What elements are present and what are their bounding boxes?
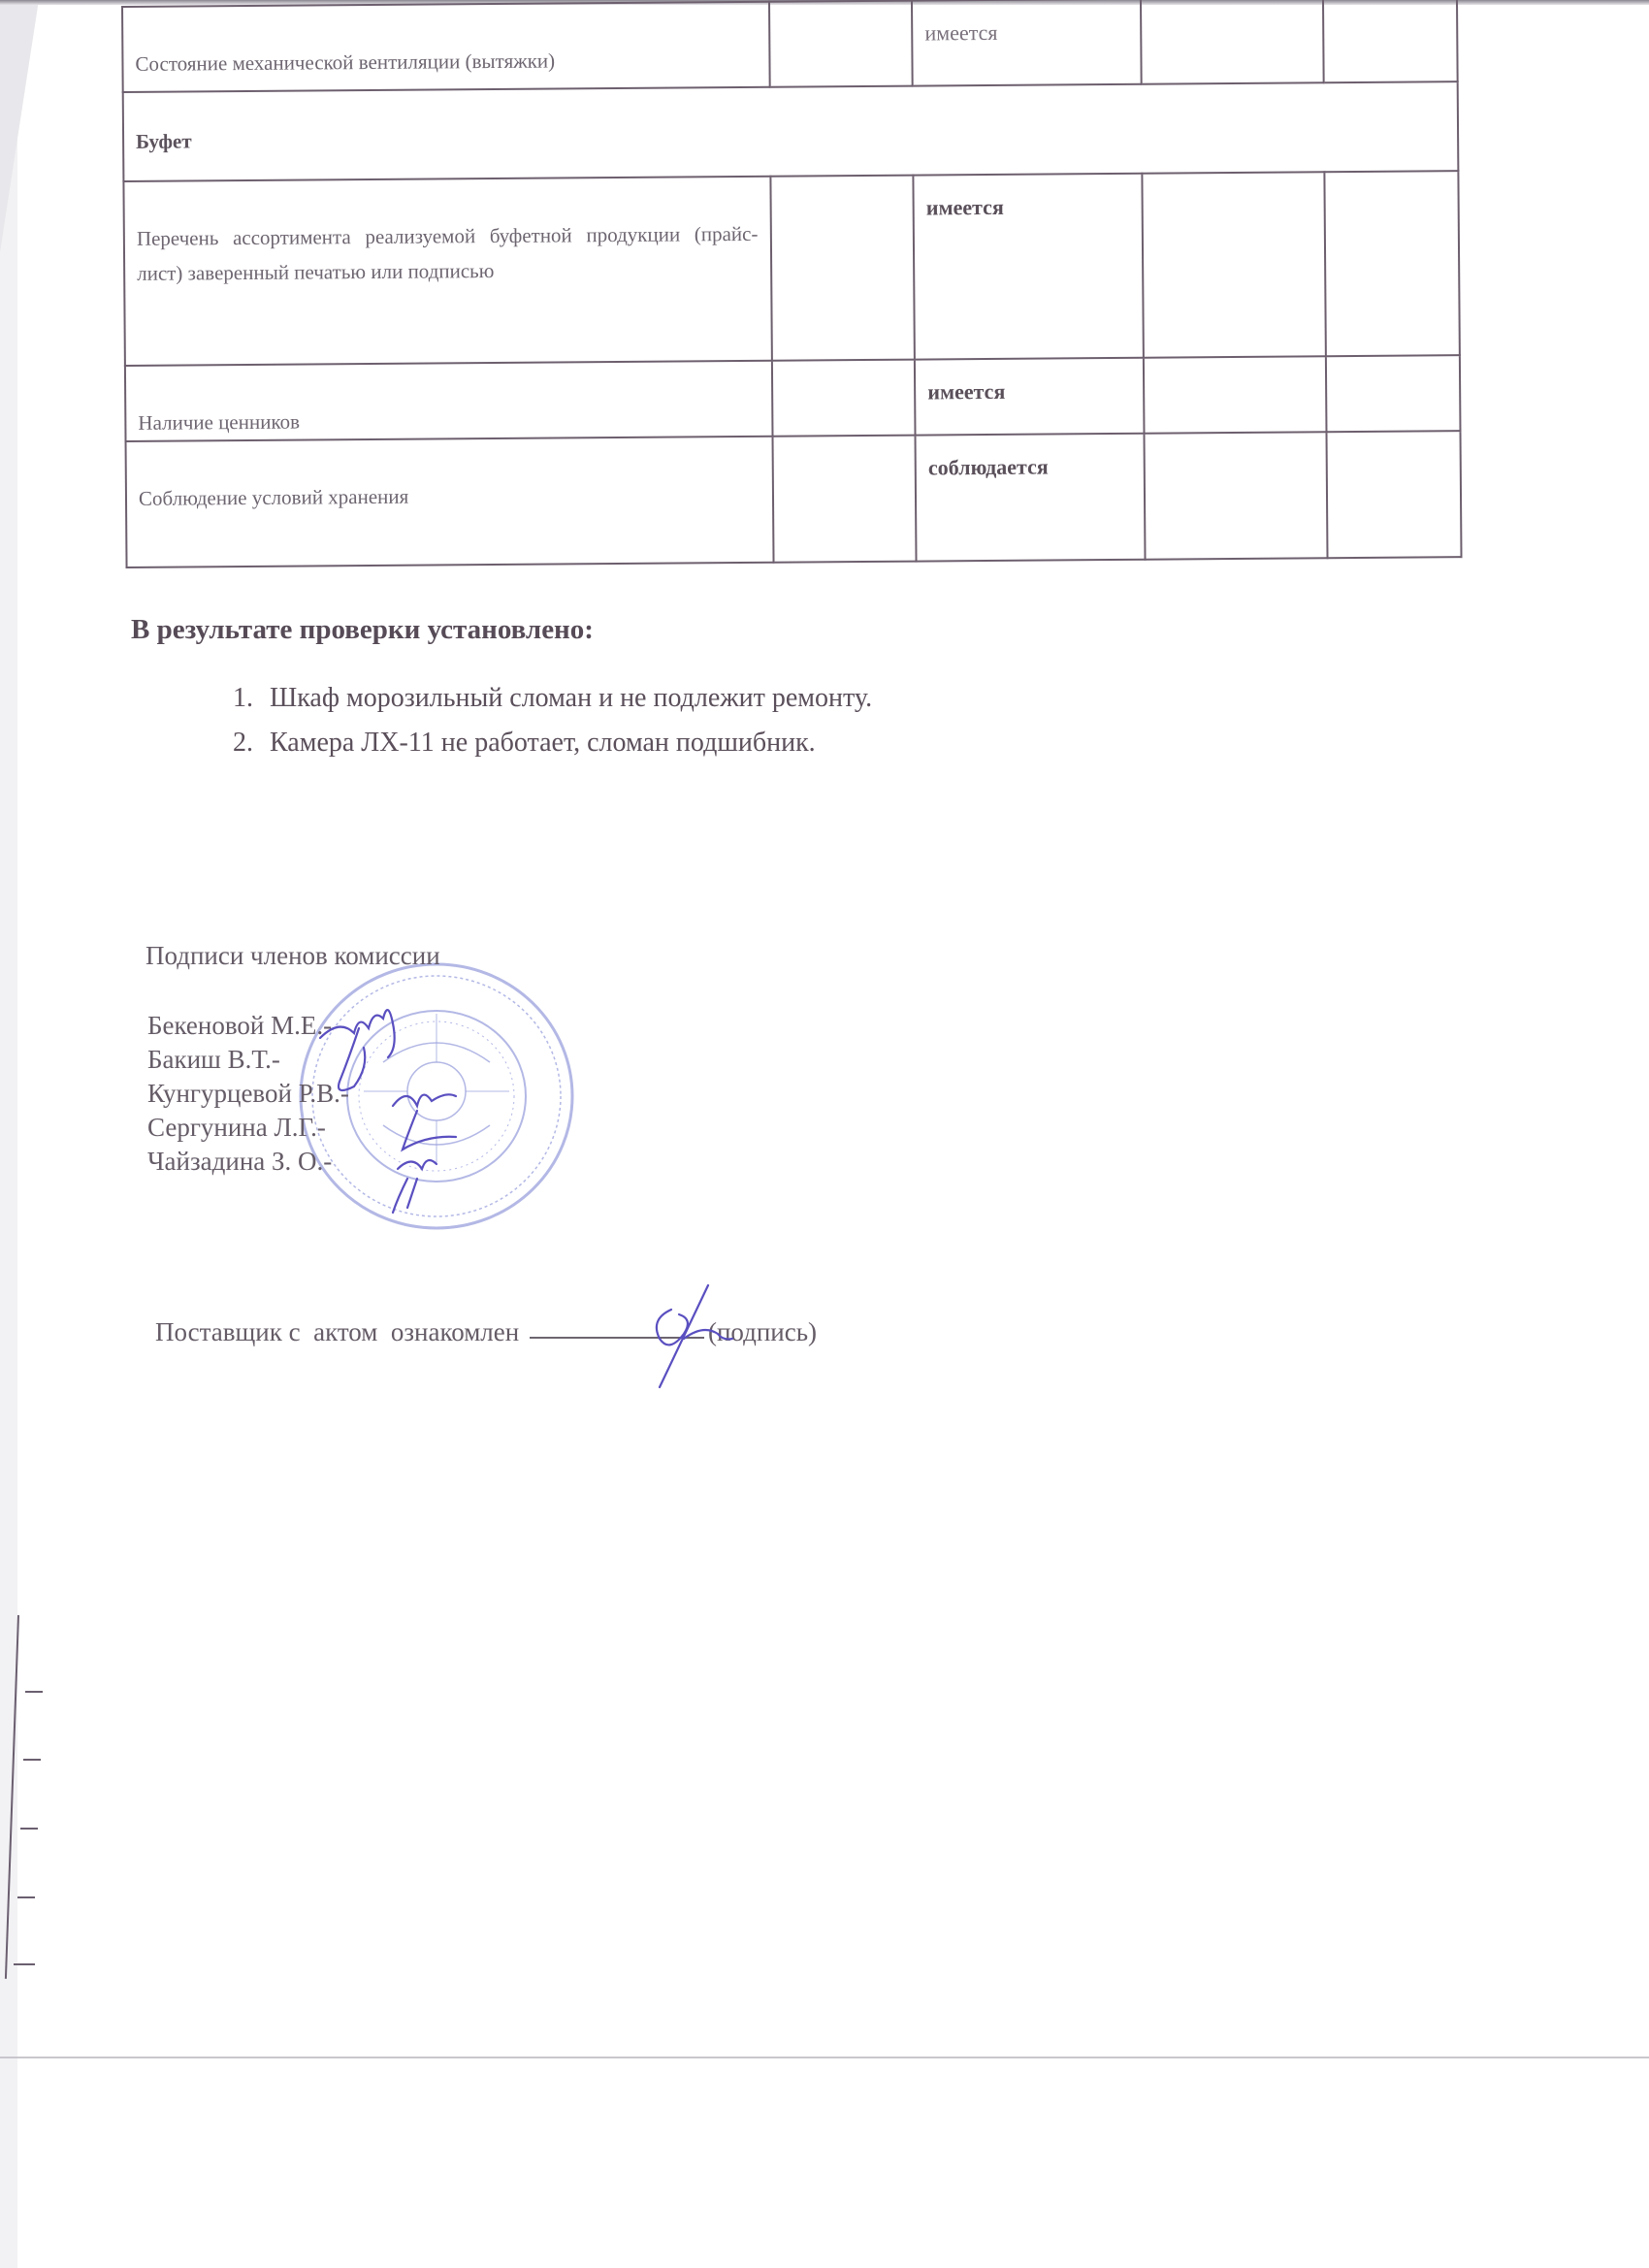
underlying-page-tick bbox=[23, 1759, 41, 1761]
empty-cell bbox=[769, 1, 913, 87]
result-item: 1.Шкаф морозильный сломан и не подлежит … bbox=[233, 676, 872, 721]
empty-cell bbox=[771, 360, 915, 437]
empty-cell bbox=[1144, 432, 1327, 559]
member-signatures-icon bbox=[301, 989, 495, 1222]
table-row: Перечень ассортимента реализуемой буфетн… bbox=[123, 171, 1459, 366]
empty-cell bbox=[1324, 171, 1459, 356]
criterion-cell: Наличие ценников bbox=[125, 361, 772, 441]
table-row: Соблюдение условий хранениясоблюдается bbox=[126, 431, 1462, 567]
empty-cell bbox=[1141, 0, 1324, 84]
inspection-table: Состояние механической вентиляции (вытяж… bbox=[121, 0, 1463, 568]
underlying-page-tick bbox=[25, 1691, 43, 1693]
empty-cell bbox=[1144, 356, 1327, 433]
results-list: 1.Шкаф морозильный сломан и не подлежит … bbox=[233, 676, 872, 765]
status-cell: имеется bbox=[914, 174, 1144, 360]
criterion-cell: Соблюдение условий хранения bbox=[126, 437, 774, 567]
criterion-cell: Состояние механической вентиляции (вытяж… bbox=[122, 2, 769, 92]
supplier-signature-icon bbox=[640, 1280, 747, 1397]
underlying-page-tick bbox=[17, 1896, 35, 1898]
status-cell: имеется bbox=[912, 0, 1141, 86]
result-item: 2.Камера ЛХ-11 не работает, сломан подши… bbox=[233, 721, 872, 765]
underlying-page-tick bbox=[14, 1963, 35, 1965]
empty-cell bbox=[772, 436, 917, 563]
scan-edge-bottom bbox=[0, 2057, 1649, 2058]
underlying-page-tick bbox=[20, 1828, 38, 1830]
table-section-row: Буфет bbox=[123, 81, 1459, 181]
signatures-title: Подписи членов комиссии bbox=[145, 941, 440, 971]
criterion-cell: Перечень ассортимента реализуемой буфетн… bbox=[123, 177, 771, 366]
empty-cell bbox=[1326, 355, 1461, 432]
page-fold bbox=[0, 0, 39, 252]
results-title: В результате проверки установлено: bbox=[131, 614, 594, 646]
empty-cell bbox=[1323, 0, 1458, 82]
empty-cell bbox=[1142, 172, 1326, 357]
table-row: Состояние механической вентиляции (вытяж… bbox=[122, 0, 1458, 92]
empty-cell bbox=[1327, 431, 1462, 558]
status-cell: имеется bbox=[915, 358, 1144, 436]
status-cell: соблюдается bbox=[916, 434, 1145, 562]
section-title: Буфет bbox=[123, 81, 1459, 181]
table-row: Наличие ценниковимеется bbox=[125, 355, 1461, 441]
empty-cell bbox=[770, 176, 915, 361]
